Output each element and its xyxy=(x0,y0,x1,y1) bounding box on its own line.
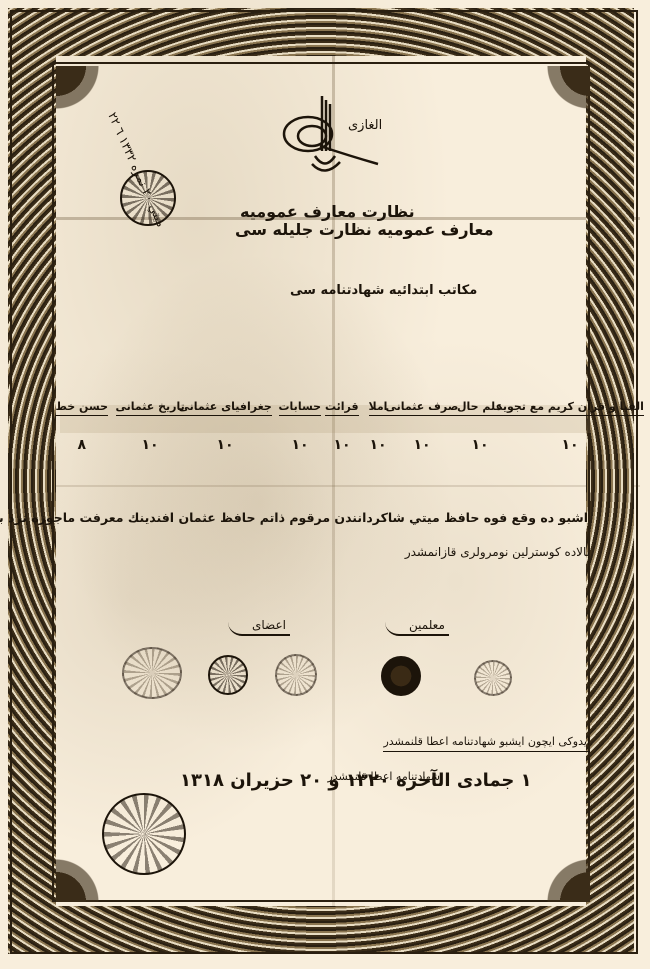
tughra-epithet: الغازى xyxy=(348,118,382,133)
grade-value: ١٠ xyxy=(142,437,159,453)
ministry-title-line-2: معارف عموميه نظارت جليله سى xyxy=(235,220,494,239)
seal-1 xyxy=(122,647,182,699)
grade-value: ١٠ xyxy=(472,437,489,453)
corner-ornament-icon xyxy=(520,832,590,902)
subject-header: املا xyxy=(369,400,388,416)
grade-value: ١٠ xyxy=(334,437,351,453)
subject-header: علم حال xyxy=(457,400,503,416)
teachers-label: معلمين xyxy=(385,618,449,636)
grade-value: ٨ xyxy=(78,437,87,453)
certificate-body-line-2: بالاده كوسترلين نومرولرى قازانمشدر xyxy=(405,545,590,559)
seal-2 xyxy=(208,655,248,695)
subject-header: تاريخ عثمانى xyxy=(116,400,185,416)
ministry-title-line-1: نظارت معارف عموميه xyxy=(240,202,415,221)
seal-4 xyxy=(381,656,421,696)
tughra-icon xyxy=(270,96,380,186)
grade-value: ١٠ xyxy=(414,437,431,453)
subject-header: صرف عثمانى xyxy=(386,400,459,416)
subject-header: حسابات xyxy=(279,400,322,416)
subject-header: جغرافياى عثمانى xyxy=(179,400,272,416)
grade-value: ١٠ xyxy=(370,437,387,453)
grade-value: ١٠ xyxy=(292,437,309,453)
subject-header: قرائت xyxy=(325,400,359,416)
certificate-body-line-1: اشبو ده وقع فوه حافظ ميتي شاكردانندن مرق… xyxy=(0,510,588,525)
footer-text-line-1: ايدوكى ايچون ايشبو شهادتنامه اعطا قلنمشد… xyxy=(383,735,590,752)
subject-header: الفبا و قرآن كريم مع تجويد xyxy=(497,400,644,416)
seal-3 xyxy=(275,654,317,696)
document-title: مكاتب ابتدائيه شهادتنامه سى xyxy=(290,283,477,298)
corner-ornament-icon xyxy=(520,66,590,136)
grade-value: ١٠ xyxy=(217,437,234,453)
members-label: اعضاى xyxy=(228,618,290,636)
seal-5 xyxy=(474,660,512,696)
grade-value: ١٠ xyxy=(562,437,579,453)
seal-bottom-left xyxy=(102,793,186,875)
subject-header: حسن خط xyxy=(56,400,109,416)
issue-date: ١ جمادى الآخره ١٣٢٠ و ٢٠ حزيران ١٣١٨ xyxy=(180,770,532,791)
